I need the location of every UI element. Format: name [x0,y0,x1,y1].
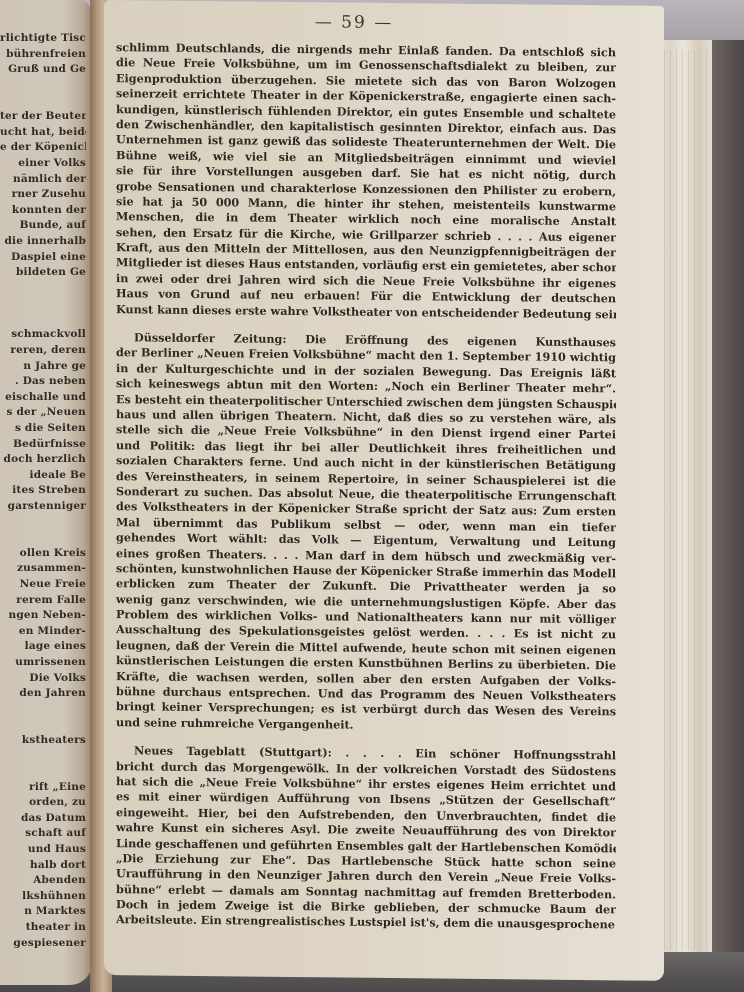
left-page-line: ucht hat, beide [0,125,86,141]
left-page-line [0,702,86,718]
left-page-line: s der „Neuen [0,405,86,421]
left-page-line [0,16,86,32]
left-page-line: reren, deren [0,343,86,359]
left-page-line [0,764,86,780]
left-page-line: konnten der [0,203,86,219]
left-page-line: n Jahre ge [0,359,86,375]
left-page-line: nämlich der [0,172,86,188]
left-page-line: eischalle und [0,390,86,406]
right-page: — 59 — schlimm Deutschlands, die nirgend… [104,0,664,981]
left-page-line: en Minder- [0,624,86,640]
left-page-line [0,78,86,94]
left-page-line: schmackvoll [0,327,86,343]
left-page-text: rlichtigte TischbührenfreienGruß und Get… [0,0,86,951]
left-page-line: . Das neben [0,374,86,390]
left-page-line: ideale Be [0,468,86,484]
left-page-line: den Jahren [0,686,86,702]
left-page-line [0,312,86,328]
left-page-line: ngen Neben- [0,608,86,624]
left-page-line: Neue Freie [0,577,86,593]
left-page-line: theater in [0,920,86,936]
left-page-line: n Marktes [0,904,86,920]
left-page-line: doch herzlich [0,452,86,468]
left-page-line: Die Volks [0,671,86,687]
left-page-line: orden, zu [0,795,86,811]
left-page-line [0,749,86,765]
left-page-line: s die Seiten [0,421,86,437]
left-page-line: garstenniger [0,499,86,515]
left-page-line: und Haus [0,842,86,858]
left-page-line: schaft auf [0,826,86,842]
left-page-line: kstheaters [0,733,86,749]
left-page-line: bildeten Ge [0,265,86,281]
left-page-line: einer Volks [0,156,86,172]
paragraph-2-duesseldorfer-zeitung: Düsseldorfer Zeitung: Die Eröffnung des … [116,330,616,735]
left-page-line: ter der Beuten [0,109,86,125]
left-page-line: lkshühnen [0,889,86,905]
page-edges-texture [664,50,714,950]
left-page-line [0,515,86,531]
left-page-line: das Datum [0,811,86,827]
left-page-line: gespiesener [0,936,86,952]
page-number: — 59 — [294,12,414,33]
paragraph-3-neues-tageblatt: Neues Tageblatt (Stuttgart): . . . . Ein… [116,743,616,933]
left-page-line: Daspiel eine [0,250,86,266]
left-page-line: ollen Kreis [0,546,86,562]
left-page-line: rift „Eine [0,780,86,796]
left-page-line [0,0,86,16]
book-cover-edge [712,40,744,952]
left-page-line: rlichtigte Tisch [0,31,86,47]
left-page: rlichtigte TischbührenfreienGruß und Get… [0,0,92,985]
paragraph-1: schlimm Deutschlands, die nirgends mehr … [116,40,616,322]
left-page-line: halb dort [0,858,86,874]
left-page-line: Bedürfnisse [0,437,86,453]
left-page-line [0,717,86,733]
left-page-line [0,94,86,110]
left-page-line: die innerhalb [0,234,86,250]
left-page-line: bührenfreien [0,47,86,63]
left-page-line: Abenden [0,873,86,889]
left-page-line: e der Köpenicker [0,140,86,156]
left-page-line: rner Zusehu [0,187,86,203]
left-page-line: zusammen- [0,561,86,577]
left-page-line [0,296,86,312]
left-page-line: Bunde, auf [0,218,86,234]
left-page-line [0,530,86,546]
left-page-line: umrissenen [0,655,86,671]
left-page-line: ites Streben [0,483,86,499]
left-page-line: Gruß und Ge [0,62,86,78]
page-body: schlimm Deutschlands, die nirgends mehr … [116,40,616,933]
left-page-line: rerem Falle [0,593,86,609]
left-page-line: lage eines [0,639,86,655]
left-page-line [0,281,86,297]
